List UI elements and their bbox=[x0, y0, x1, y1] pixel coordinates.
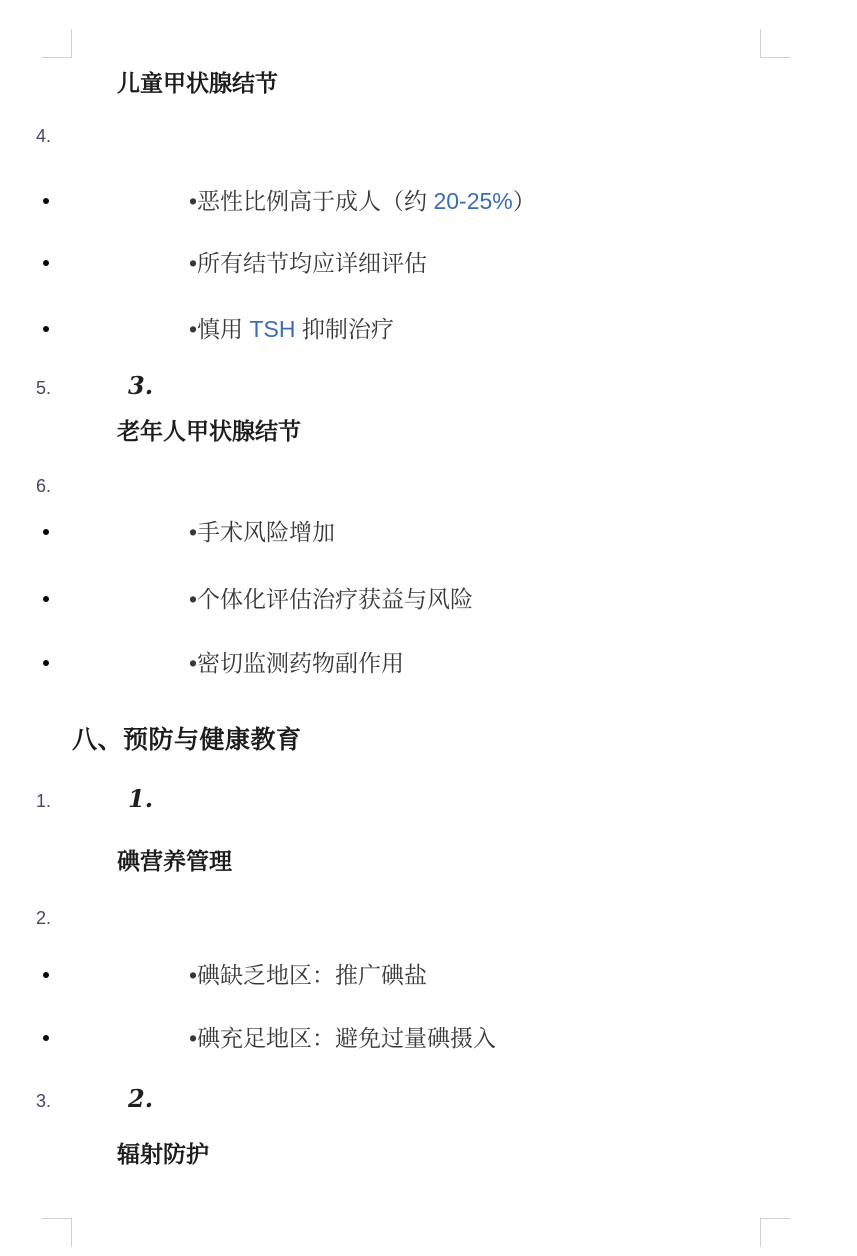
bullet-item-iodine-sufficient-areas[interactable]: •碘充足地区：避免过量碘摄入 bbox=[0, 1023, 857, 1053]
list-number-script[interactable]: 2. bbox=[128, 1084, 153, 1114]
bullet-text[interactable]: •碘充足地区：避免过量碘摄入 bbox=[189, 1023, 496, 1053]
bullet-item-individualized-assessment[interactable]: •个体化评估治疗获益与风险 bbox=[0, 584, 857, 614]
bullet-text[interactable]: •密切监测药物副作用 bbox=[189, 648, 404, 678]
bullet-item-tsh-suppression-caution[interactable]: •慎用 TSH 抑制治疗 bbox=[0, 314, 857, 344]
heading-radiation-protection[interactable]: 辐射防护 bbox=[117, 1139, 209, 1169]
bullet-text[interactable]: •恶性比例高于成人（约 20-25%） bbox=[189, 186, 536, 216]
list-number-outer[interactable]: 5. bbox=[36, 376, 51, 400]
bullet-text[interactable]: •所有结节均应详细评估 bbox=[189, 248, 427, 278]
bullet-text[interactable]: •慎用 TSH 抑制治疗 bbox=[189, 314, 394, 344]
list-number-row-5[interactable]: 5. 3. bbox=[0, 371, 857, 403]
list-number-4[interactable]: 4. bbox=[36, 124, 51, 148]
bullet-dot-icon bbox=[43, 326, 49, 332]
heading-iodine-nutrition-management[interactable]: 碘营养管理 bbox=[117, 846, 232, 876]
word-document-page: 儿童甲状腺结节 4. •恶性比例高于成人（约 20-25%） •所有结节均应详细… bbox=[0, 0, 857, 1256]
bullet-dot-icon bbox=[43, 660, 49, 666]
list-number-script[interactable]: 3. bbox=[128, 371, 153, 401]
bullet-dot-icon bbox=[43, 198, 49, 204]
crop-mark-bottom-left-icon bbox=[42, 1218, 72, 1247]
list-number-script[interactable]: 1. bbox=[128, 784, 153, 814]
list-number-2[interactable]: 2. bbox=[36, 906, 51, 930]
bullet-item-surgical-risk[interactable]: •手术风险增加 bbox=[0, 517, 857, 547]
heading-pediatric-thyroid-nodules[interactable]: 儿童甲状腺结节 bbox=[117, 68, 278, 98]
crop-mark-top-right-icon bbox=[760, 29, 790, 58]
bullet-dot-icon bbox=[43, 529, 49, 535]
bullet-item-malignancy-rate[interactable]: •恶性比例高于成人（约 20-25%） bbox=[0, 186, 857, 216]
bullet-item-iodine-deficient-areas[interactable]: •碘缺乏地区：推广碘盐 bbox=[0, 960, 857, 990]
list-number-outer[interactable]: 1. bbox=[36, 789, 51, 813]
list-number-row-1[interactable]: 1. 1. bbox=[0, 784, 857, 816]
crop-mark-bottom-right-icon bbox=[760, 1218, 790, 1247]
bullet-text[interactable]: •个体化评估治疗获益与风险 bbox=[189, 584, 473, 614]
list-number-row-3[interactable]: 3. 2. bbox=[0, 1084, 857, 1116]
bullet-text[interactable]: •手术风险增加 bbox=[189, 517, 335, 547]
bullet-text[interactable]: •碘缺乏地区：推广碘盐 bbox=[189, 960, 427, 990]
bullet-dot-icon bbox=[43, 260, 49, 266]
bullet-item-monitor-side-effects[interactable]: •密切监测药物副作用 bbox=[0, 648, 857, 678]
crop-mark-top-left-icon bbox=[42, 29, 72, 58]
bullet-dot-icon bbox=[43, 1035, 49, 1041]
bullet-item-evaluate-all-nodules[interactable]: •所有结节均应详细评估 bbox=[0, 248, 857, 278]
heading-prevention-health-education[interactable]: 八、预防与健康教育 bbox=[72, 724, 302, 756]
list-number-6[interactable]: 6. bbox=[36, 474, 51, 498]
heading-elderly-thyroid-nodules[interactable]: 老年人甲状腺结节 bbox=[117, 416, 301, 446]
list-number-outer[interactable]: 3. bbox=[36, 1089, 51, 1113]
bullet-dot-icon bbox=[43, 596, 49, 602]
bullet-dot-icon bbox=[43, 972, 49, 978]
